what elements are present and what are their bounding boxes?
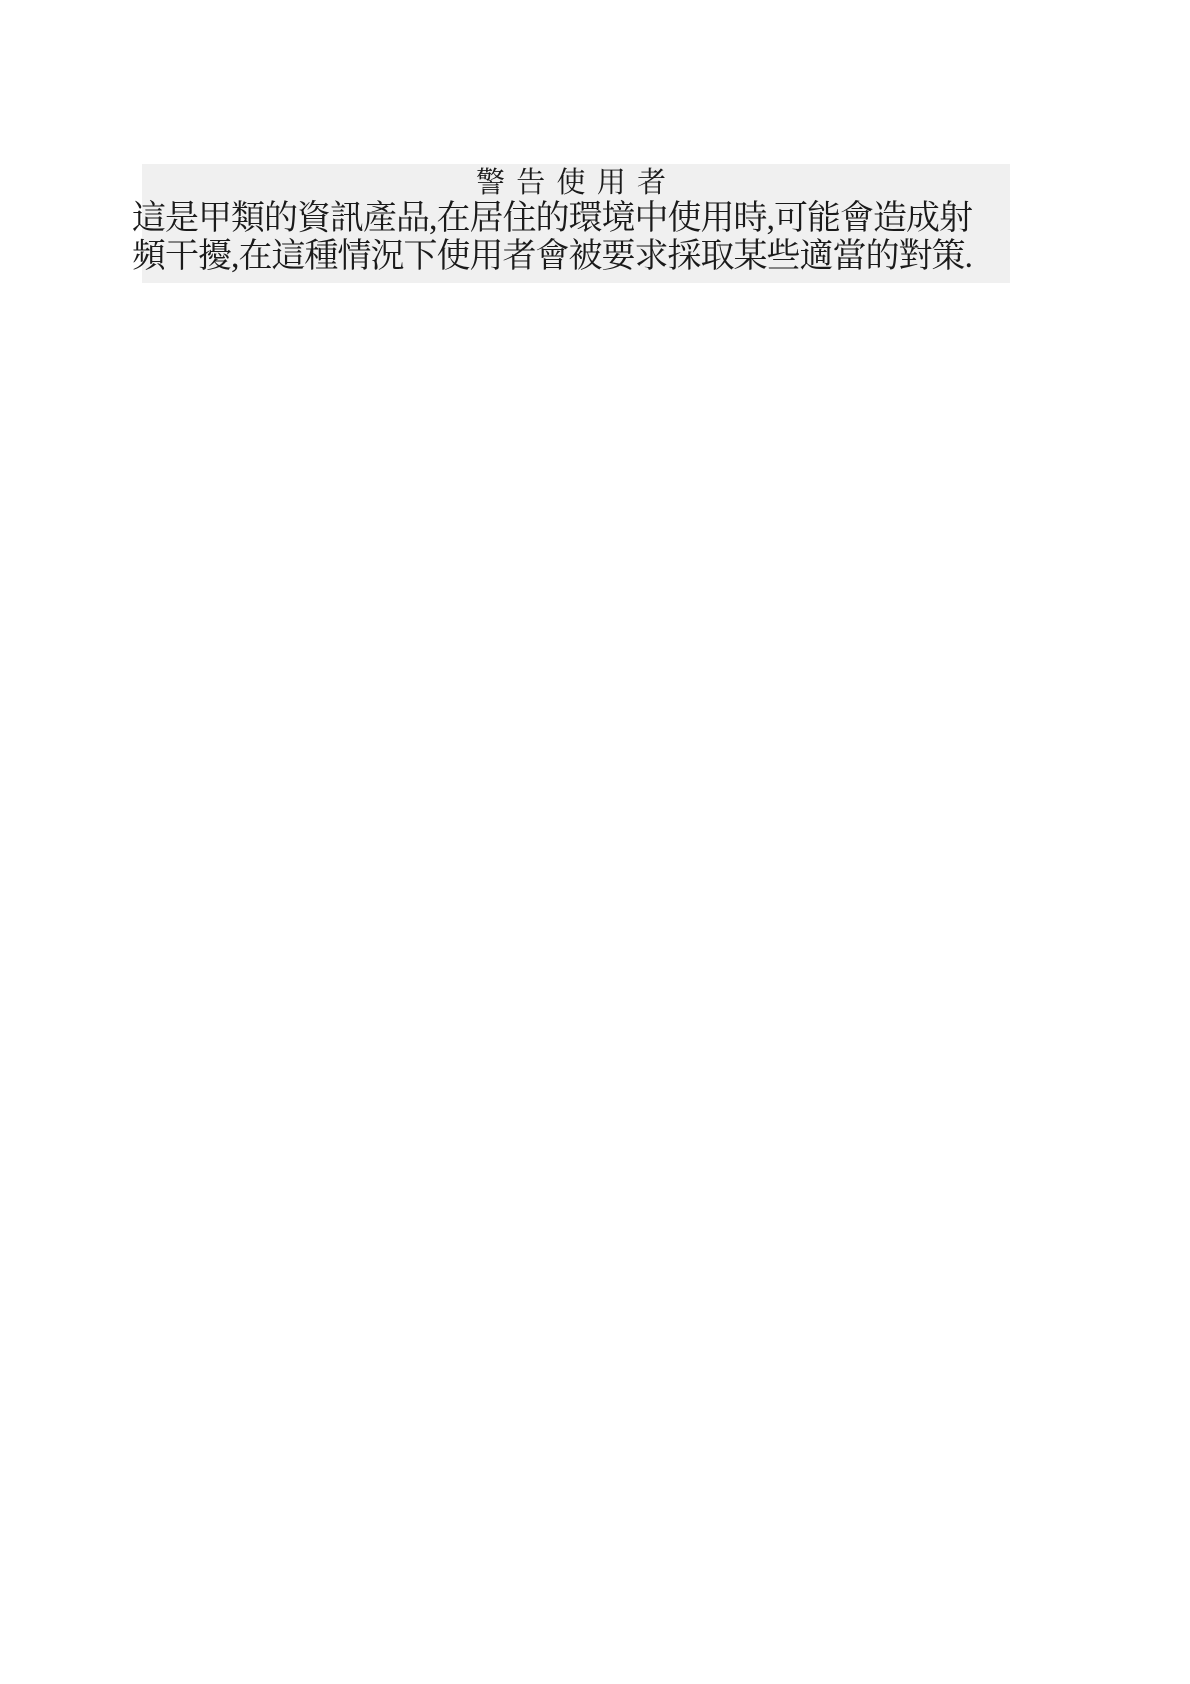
warning-title: 警 告 使 用 者 [132, 166, 1012, 200]
warning-notice: 警 告 使 用 者 這是甲類的資訊產品,在居住的環境中使用時,可能會造成射 頻干… [132, 166, 1012, 276]
document-page: 警 告 使 用 者 這是甲類的資訊產品,在居住的環境中使用時,可能會造成射 頻干… [0, 0, 1190, 1684]
warning-line-2: 頻干擾,在這種情況下使用者會被要求採取某些適當的對策. [132, 238, 1012, 276]
warning-line-1: 這是甲類的資訊產品,在居住的環境中使用時,可能會造成射 [132, 200, 1012, 238]
